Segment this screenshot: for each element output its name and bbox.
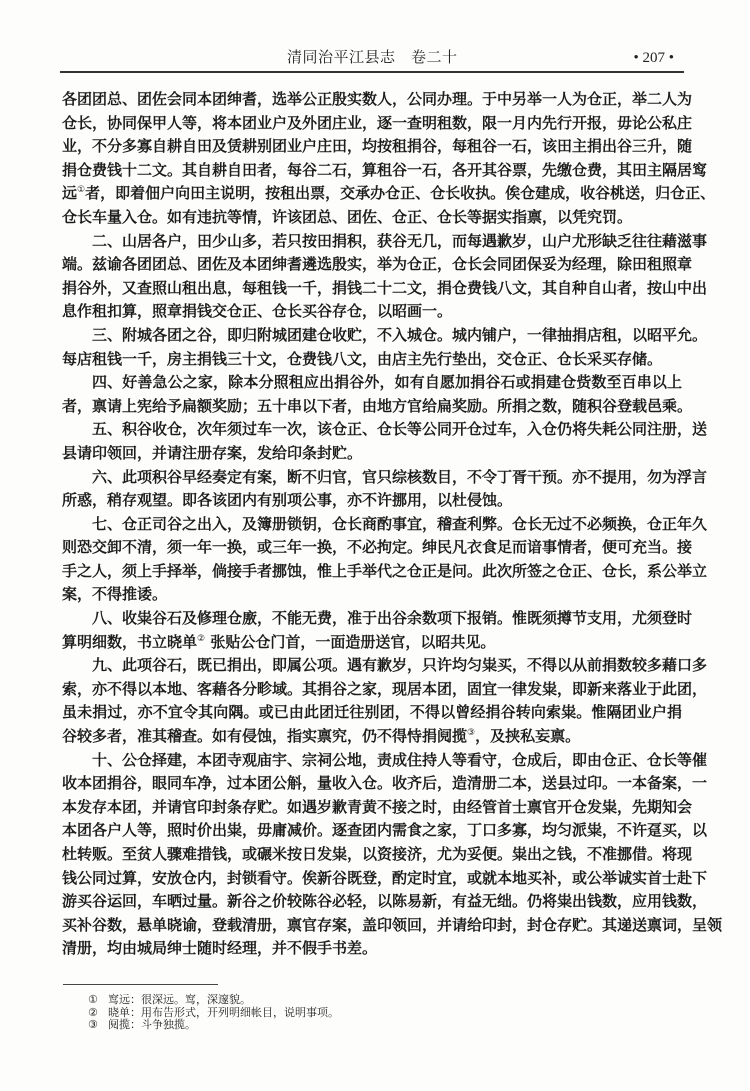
text-line: 索，亦不得以本地、客藉各分畛域。其捐谷之家，现居本团，固宜一律发粜，即新来落业于… xyxy=(62,678,682,702)
footnotes: ①窎远：很深远。窎，深邃貌。 ②晓单：用布告形式，开列明细帐目，说明事项。 ③阋… xyxy=(88,994,488,1032)
paragraph: 九、此项谷石，既已捐出，即属公项。遇有歉岁，只许均匀粜买，不得以从前捐数较多藉口… xyxy=(62,654,682,748)
text-line: 本发存本团，并请官印封条存贮。如遇岁歉青黄不接之时，由经管首士禀官开仓发粜，先期… xyxy=(62,796,682,820)
header-rule xyxy=(60,71,684,73)
text-line: 则恐交卸不清，须一年一换，或三年一换，不必拘定。绅民凡衣食足而谙事情者，便可充当… xyxy=(62,536,682,560)
text-line: 各团团总、团佐会同本团绅耆，选举公正殷实数人，公同办理。于中另举一人为仓正，举二… xyxy=(62,88,682,112)
text-line: 所惑，稍存观望。即各该团内有别项公事，亦不许挪用，以杜侵蚀。 xyxy=(62,489,682,513)
text-line: 虽未捐过，亦不宜令其向隅。或已由此团迁往别团，不得以曾经捐谷转向索粜。惟隔团业户… xyxy=(62,701,682,725)
footnote-3: ③阋揽：斗争独揽。 xyxy=(88,1019,488,1032)
text-line: 收本团捐谷，眼同车净，过本团公斛，量收入仓。收齐后，造清册二本，送县过印。一本备… xyxy=(62,772,682,796)
text-line: 本团各户人等，照时价出粜，毋庸减价。逐查团内需食之家，丁口多寡，均匀派粜，不许趸… xyxy=(62,819,682,843)
paragraph: 各团团总、团佐会同本团绅耆，选举公正殷实数人，公同办理。于中另举一人为仓正，举二… xyxy=(62,88,682,230)
text-line: 八、收粜谷石及修理仓廒，不能无费，准于出谷余数项下报销。惟既须撙节支用，尤须登时 xyxy=(62,607,682,631)
text-line: 息作租扣算，照章捐钱交仓正、仓长买谷存仓，以昭画一。 xyxy=(62,300,682,324)
footnote-reference: ① xyxy=(77,185,85,195)
document-page: 清同治平江县志 卷二十 • 207 • 各团团总、团佐会同本团绅耆，选举公正殷实… xyxy=(0,0,750,1091)
paragraph: 五、积谷收仓，次年须过车一次，该仓正、仓长等公同开仓过车，入仓仍将失耗公同注册，… xyxy=(62,418,682,465)
running-head: 清同治平江县志 卷二十 • 207 • xyxy=(62,47,682,69)
text-line: 算明细数，书立晓单② 张贴公仓门首，一面造册送官，以昭共见。 xyxy=(62,631,682,655)
text-line: 端。兹谕各团团总、团佐及本团绅耆遴选殷实，举为仓正，仓长会同团保妥为经理，除田租… xyxy=(62,253,682,277)
text-line: 业，不分多寡自耕自田及赁耕别团业户庄田，均按租捐谷，每租谷一石，该田主捐出谷三升… xyxy=(62,135,682,159)
text-line: 县请印领回，并请注册存案，发给印条封贮。 xyxy=(62,442,682,466)
body-text: 各团团总、团佐会同本团绅耆，选举公正殷实数人，公同办理。于中另举一人为仓正，举二… xyxy=(62,88,682,961)
text-line: 游买谷运回，车晒过量。新谷之价较陈谷必轻，以陈易新，有益无绌。仍将粜出钱数，应用… xyxy=(62,890,682,914)
paragraph: 十、公仓择建，本团寺观庙宇、宗祠公地，责成住持人等看守，仓成后，即由仓正、仓长等… xyxy=(62,749,682,961)
footnote-text: 晓单：用布告形式，开列明细帐目，说明事项。 xyxy=(108,1006,339,1019)
text-line: 者，禀请上宪给予扁额奖励；五十串以下者，由地方官给扁奖励。所捐之数，随积谷登载邑… xyxy=(62,395,682,419)
paragraph: 六、此项积谷早经奏定有案，断不归官，官只综核数目，不令丁胥干预。亦不提用，勿为浮… xyxy=(62,466,682,513)
text-line: 远①者，即着佃户向田主说明，按租出票，交承办仓正、仓长收执。俟仓建成，收谷桃送，… xyxy=(62,182,682,206)
footnote-text: 阋揽：斗争独揽。 xyxy=(108,1018,196,1031)
footnote-reference: ② xyxy=(197,634,205,644)
text-line: 四、好善急公之家，除本分照租应出捐谷外，如有自愿加捐谷石或捐建仓赀数至百串以上 xyxy=(62,371,682,395)
text-line: 六、此项积谷早经奏定有案，断不归官，官只综核数目，不令丁胥干预。亦不提用，勿为浮… xyxy=(62,466,682,490)
text-line: 仓长，协同保甲人等，将本团业户及外团庄业，逐一查明租数，限一月内先行开报，毋论公… xyxy=(62,112,682,136)
footnote-rule xyxy=(63,984,218,985)
text-line: 三、附城各团之谷，即归附城团建仓收贮，不入城仓。城内铺户，一律抽捐店租，以昭平允… xyxy=(62,324,682,348)
text-line: 十、公仓择建，本团寺观庙宇、宗祠公地，责成住持人等看守，仓成后，即由仓正、仓长等… xyxy=(62,749,682,773)
text-line: 捐仓费钱十二文。其自耕自田者，每谷二石，算租谷一石，各开其谷票，先缴仓费，其田主… xyxy=(62,159,682,183)
text-line: 手之人，须上手择举，倘接手者挪蚀，惟上手举代之仓正是问。此次所签之仓正、仓长，系… xyxy=(62,560,682,584)
running-title: 清同治平江县志 卷二十 xyxy=(287,47,458,67)
paragraph: 三、附城各团之谷，即归附城团建仓收贮，不入城仓。城内铺户，一律抽捐店租，以昭平允… xyxy=(62,324,682,371)
paragraph: 八、收粜谷石及修理仓廒，不能无费，准于出谷余数项下报销。惟既须撙节支用，尤须登时… xyxy=(62,607,682,654)
footnote-mark: ③ xyxy=(88,1019,108,1032)
paragraph: 二、山居各户，田少山多，若只按田捐积，获谷无几，而每遇歉岁，山户尤形缺乏往往藉滋… xyxy=(62,230,682,324)
footnote-mark: ① xyxy=(88,994,108,1007)
text-line: 清册，均由城局绅士随时经理，并不假手书差。 xyxy=(62,937,682,961)
text-line: 每店租钱一千，房主捐钱三十文，仓费钱八文，由店主先行垫出，交仓正、仓长采买存储。 xyxy=(62,348,682,372)
text-line: 谷较多者，准其稽查。如有侵蚀，指实禀究，仍不得恃捐阋揽③，及挟私妄禀。 xyxy=(62,725,682,749)
text-line: 九、此项谷石，既已捐出，即属公项。遇有歉岁，只许均匀粜买，不得以从前捐数较多藉口… xyxy=(62,654,682,678)
text-line: 二、山居各户，田少山多，若只按田捐积，获谷无几，而每遇歉岁，山户尤形缺乏往往藉滋… xyxy=(62,230,682,254)
footnote-reference: ③ xyxy=(467,728,475,738)
text-line: 仓长车量入仓。如有违抗等情，许该团总、团佐、仓正、仓长等据实指禀，以凭究罚。 xyxy=(62,206,682,230)
text-line: 捐谷外，又查照山租出息，每租钱一千，捐钱二十二文，捐仓费钱八文，其自种自山者，按… xyxy=(62,277,682,301)
footnote-text: 窎远：很深远。窎，深邃貌。 xyxy=(108,993,251,1006)
text-line: 五、积谷收仓，次年须过车一次，该仓正、仓长等公同开仓过车，入仓仍将失耗公同注册，… xyxy=(62,418,682,442)
paragraph: 七、仓正司谷之出入，及簿册锁钥，仓长商酌事宜，稽查利弊。仓长无过不必频换，仓正年… xyxy=(62,513,682,607)
text-line: 案，不得推诿。 xyxy=(62,583,682,607)
text-line: 买补谷数，悬单晓谕，登载清册，禀官存案，盖印领回，并请给印封，封仓存贮。其递送禀… xyxy=(62,914,682,938)
text-line: 钱公同过算，安放仓内，封锁看守。俟新谷既登，酌定时宜，或就本地买补，或公举诚实首… xyxy=(62,867,682,891)
page-number: • 207 • xyxy=(633,48,674,68)
text-line: 杜转贩。至贫人骤难措钱，或碾米按日发粜，以资接济，尤为妥便。粜出之钱，不准挪借。… xyxy=(62,843,682,867)
paragraph: 四、好善急公之家，除本分照租应出捐谷外，如有自愿加捐谷石或捐建仓赀数至百串以上者… xyxy=(62,371,682,418)
text-line: 七、仓正司谷之出入，及簿册锁钥，仓长商酌事宜，稽查利弊。仓长无过不必频换，仓正年… xyxy=(62,513,682,537)
